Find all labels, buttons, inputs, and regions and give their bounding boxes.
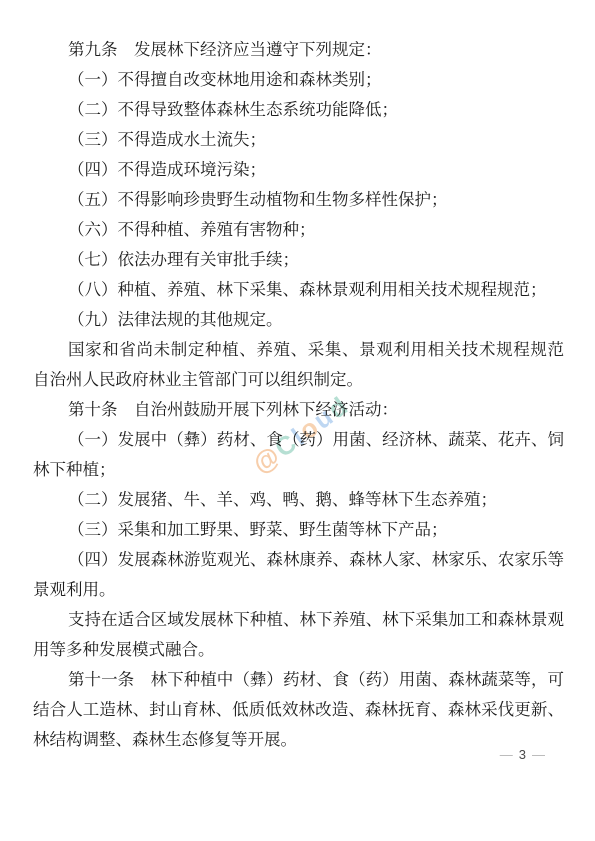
page-number-dash-left: — — [500, 747, 513, 762]
text-line: （四）发展森林游览观光、森林康养、森林人家、林家乐、农家乐等森林 — [33, 545, 564, 575]
text-line: 支持在适合区域发展林下种植、林下养殖、林下采集加工和森林景观利 — [33, 605, 564, 635]
text-line: 林结构调整、森林生态修复等开展。 — [33, 725, 564, 755]
text-line: （三）采集和加工野果、野菜、野生菌等林下产品； — [33, 515, 564, 545]
text-line: 第十条 自治州鼓励开展下列林下经济活动： — [33, 395, 564, 425]
text-line: （二）发展猪、牛、羊、鸡、鸭、鹅、蜂等林下生态养殖； — [33, 485, 564, 515]
page-number-dash-right: — — [532, 747, 545, 762]
text-line: 第十一条 林下种植中（彝）药材、食（药）用菌、森林蔬菜等，可以 — [33, 665, 564, 695]
page-number: —3— — [494, 745, 551, 765]
document-body: 第九条 发展林下经济应当遵守下列规定：（一）不得擅自改变林地用途和森林类别；（二… — [33, 35, 564, 755]
text-line: 结合人工造林、封山育林、低质低效林改造、森林抚育、森林采伐更新、森 — [33, 695, 564, 725]
text-line: （二）不得导致整体森林生态系统功能降低； — [33, 95, 564, 125]
text-line: （一）不得擅自改变林地用途和森林类别； — [33, 65, 564, 95]
text-line: （八）种植、养殖、林下采集、森林景观利用相关技术规程规范； — [33, 275, 564, 305]
text-line: 第九条 发展林下经济应当遵守下列规定： — [33, 35, 564, 65]
text-line: （五）不得影响珍贵野生动植物和生物多样性保护； — [33, 185, 564, 215]
text-line: （六）不得种植、养殖有害物种； — [33, 215, 564, 245]
text-line: （四）不得造成环境污染； — [33, 155, 564, 185]
text-line: （一）发展中（彝）药材、食（药）用菌、经济林、蔬菜、花卉、饲草等 — [33, 425, 564, 455]
text-line: （三）不得造成水土流失； — [33, 125, 564, 155]
text-line: 用等多种发展模式融合。 — [33, 635, 564, 665]
text-line: 自治州人民政府林业主管部门可以组织制定。 — [33, 365, 564, 395]
text-line: （七）依法办理有关审批手续； — [33, 245, 564, 275]
text-line: 景观利用。 — [33, 575, 564, 605]
text-line: 国家和省尚未制定种植、养殖、采集、景观利用相关技术规程规范的， — [33, 335, 564, 365]
text-line: （九）法律法规的其他规定。 — [33, 305, 564, 335]
page-number-value: 3 — [519, 747, 526, 762]
text-line: 林下种植； — [33, 455, 564, 485]
document-page: @Cloud 第九条 发展林下经济应当遵守下列规定：（一）不得擅自改变林地用途和… — [0, 0, 595, 841]
